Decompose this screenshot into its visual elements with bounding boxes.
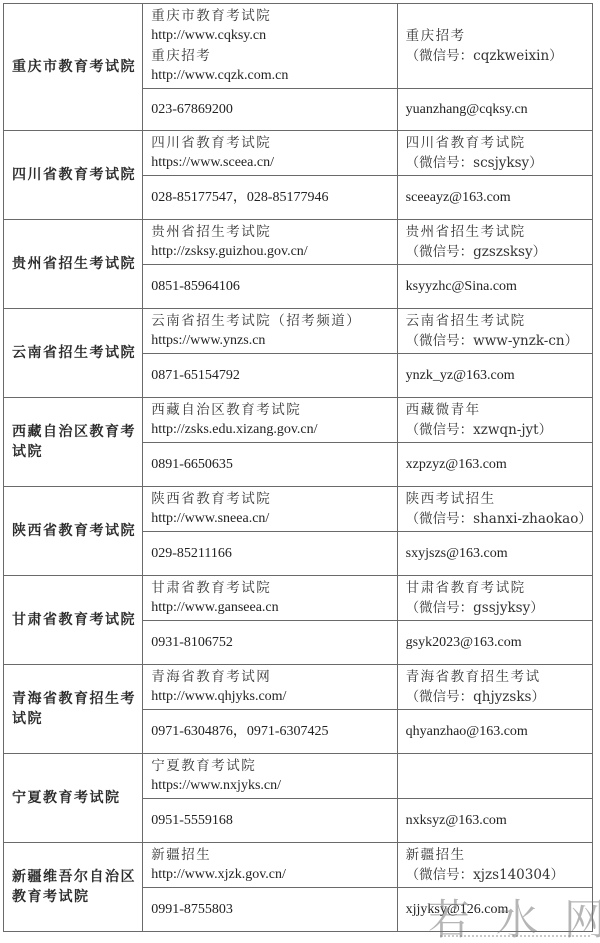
website-cell: 宁夏教育考试院https://www.nxjyks.cn/ (143, 754, 397, 799)
email-address[interactable]: xzpzyz@163.com (397, 443, 592, 487)
wechat-account-name: 甘肃省教育考试院 (406, 578, 592, 598)
institute-row-top: 四川省教育考试院四川省教育考试院https://www.sceea.cn/四川省… (4, 131, 593, 176)
website-name: 贵州省招生考试院 (151, 222, 396, 242)
institute-name: 云南省招生考试院 (4, 309, 143, 398)
email-address[interactable]: ynzk_yz@163.com (397, 354, 592, 398)
institute-name: 贵州省招生考试院 (4, 220, 143, 309)
institute-row-top: 宁夏教育考试院宁夏教育考试院https://www.nxjyks.cn/ (4, 754, 593, 799)
phone-number: 0951-5559168 (143, 799, 397, 843)
wechat-id: （微信号：cqzkweixin） (406, 46, 592, 66)
institute-name: 甘肃省教育考试院 (4, 576, 143, 665)
website-cell: 陕西省教育考试院http://www.sneea.cn/ (143, 487, 397, 532)
phone-number: 0851-85964106 (143, 265, 397, 309)
institute-name: 宁夏教育考试院 (4, 754, 143, 843)
wechat-cell: 四川省教育考试院（微信号：scsjyksy） (397, 131, 592, 176)
website-name: 重庆招考 (151, 46, 396, 66)
wechat-cell: 云南省招生考试院（微信号：www-ynzk-cn） (397, 309, 592, 354)
wechat-account-name: 重庆招考 (406, 26, 592, 46)
website-link[interactable]: http://zsksy.guizhou.gov.cn/ (151, 242, 396, 262)
institute-row-top: 青海省教育招生考试院青海省教育考试网http://www.qhjyks.com/… (4, 665, 593, 710)
phone-number: 028-85177547，028-85177946 (143, 176, 397, 220)
wechat-account-name: 青海省教育招生考试 (406, 667, 592, 687)
phone-number: 0971-6304876，0971-6307425 (143, 710, 397, 754)
wechat-account-name: 陕西考试招生 (406, 489, 592, 509)
institute-row-top: 重庆市教育考试院重庆市教育考试院http://www.cqksy.cn重庆招考h… (4, 4, 593, 89)
wechat-id: （微信号：qhjyzsks） (406, 687, 592, 707)
wechat-cell: 贵州省招生考试院（微信号：gzszsksy） (397, 220, 592, 265)
website-name: 青海省教育考试网 (151, 667, 396, 687)
website-cell: 甘肃省教育考试院http://www.ganseea.cn (143, 576, 397, 621)
email-address[interactable]: nxksyz@163.com (397, 799, 592, 843)
website-cell: 西藏自治区教育考试院http://zsks.edu.xizang.gov.cn/ (143, 398, 397, 443)
email-address[interactable]: sceeayz@163.com (397, 176, 592, 220)
wechat-cell: 重庆招考（微信号：cqzkweixin） (397, 4, 592, 89)
website-link[interactable]: http://zsks.edu.xizang.gov.cn/ (151, 420, 396, 440)
wechat-account-name: 四川省教育考试院 (406, 133, 592, 153)
wechat-id: （微信号：gzszsksy） (406, 242, 592, 262)
website-cell: 贵州省招生考试院http://zsksy.guizhou.gov.cn/ (143, 220, 397, 265)
wechat-account-name: 云南省招生考试院 (406, 311, 592, 331)
website-name: 四川省教育考试院 (151, 133, 396, 153)
wechat-cell: 青海省教育招生考试（微信号：qhjyzsks） (397, 665, 592, 710)
website-link[interactable]: https://www.sceea.cn/ (151, 153, 396, 173)
institute-name: 新疆维吾尔自治区教育考试院 (4, 843, 143, 932)
exam-institute-contact-table: 重庆市教育考试院重庆市教育考试院http://www.cqksy.cn重庆招考h… (3, 3, 593, 932)
institute-row-top: 新疆维吾尔自治区教育考试院新疆招生http://www.xjzk.gov.cn/… (4, 843, 593, 888)
wechat-id: （微信号：scsjyksy） (406, 153, 592, 173)
wechat-id: （微信号：www-ynzk-cn） (406, 331, 592, 351)
phone-number: 0991-8755803 (143, 888, 397, 932)
institute-row-top: 云南省招生考试院云南省招生考试院（招考频道）https://www.ynzs.c… (4, 309, 593, 354)
wechat-cell: 甘肃省教育考试院（微信号：gssjyksy） (397, 576, 592, 621)
website-cell: 四川省教育考试院https://www.sceea.cn/ (143, 131, 397, 176)
wechat-cell: 西藏微青年（微信号：xzwqn-jyt） (397, 398, 592, 443)
wechat-id: （微信号：gssjyksy） (406, 598, 592, 618)
website-name: 甘肃省教育考试院 (151, 578, 396, 598)
phone-number: 0931-8106752 (143, 621, 397, 665)
website-name: 重庆市教育考试院 (151, 6, 396, 26)
wechat-cell: 新疆招生（微信号：xjzs140304） (397, 843, 592, 888)
email-address[interactable]: ksyyzhc@Sina.com (397, 265, 592, 309)
institute-row-top: 甘肃省教育考试院甘肃省教育考试院http://www.ganseea.cn甘肃省… (4, 576, 593, 621)
website-name: 陕西省教育考试院 (151, 489, 396, 509)
website-cell: 新疆招生http://www.xjzk.gov.cn/ (143, 843, 397, 888)
wechat-id: （微信号：xjzs140304） (406, 865, 592, 885)
website-link[interactable]: http://www.ganseea.cn (151, 598, 396, 618)
wechat-account-name: 贵州省招生考试院 (406, 222, 592, 242)
phone-number: 023-67869200 (143, 89, 397, 131)
email-address[interactable]: xjjyksy@126.com (397, 888, 592, 932)
website-link[interactable]: http://www.xjzk.gov.cn/ (151, 865, 396, 885)
institute-name: 四川省教育考试院 (4, 131, 143, 220)
wechat-cell (397, 754, 592, 799)
institute-row-top: 西藏自治区教育考试院西藏自治区教育考试院http://zsks.edu.xiza… (4, 398, 593, 443)
website-name: 宁夏教育考试院 (151, 756, 396, 776)
email-address[interactable]: qhyanzhao@163.com (397, 710, 592, 754)
institute-name: 陕西省教育考试院 (4, 487, 143, 576)
website-name: 新疆招生 (151, 845, 396, 865)
institute-row-top: 陕西省教育考试院陕西省教育考试院http://www.sneea.cn/陕西考试… (4, 487, 593, 532)
phone-number: 029-85211166 (143, 532, 397, 576)
website-link[interactable]: http://www.cqzk.com.cn (151, 66, 396, 86)
wechat-id: （微信号：shanxi-zhaokao） (406, 509, 592, 529)
phone-number: 0871-65154792 (143, 354, 397, 398)
website-link[interactable]: https://www.ynzs.cn (151, 331, 396, 351)
website-cell: 重庆市教育考试院http://www.cqksy.cn重庆招考http://ww… (143, 4, 397, 89)
wechat-cell: 陕西考试招生（微信号：shanxi-zhaokao） (397, 487, 592, 532)
email-address[interactable]: gsyk2023@163.com (397, 621, 592, 665)
website-link[interactable]: http://www.sneea.cn/ (151, 509, 396, 529)
email-address[interactable]: sxyjszs@163.com (397, 532, 592, 576)
website-name: 云南省招生考试院（招考频道） (151, 311, 396, 331)
phone-number: 0891-6650635 (143, 443, 397, 487)
watermark-underline (440, 935, 590, 941)
wechat-account-name: 新疆招生 (406, 845, 592, 865)
wechat-id: （微信号：xzwqn-jyt） (406, 420, 592, 440)
website-cell: 青海省教育考试网http://www.qhjyks.com/ (143, 665, 397, 710)
institute-name: 青海省教育招生考试院 (4, 665, 143, 754)
institute-name: 重庆市教育考试院 (4, 4, 143, 131)
website-link[interactable]: https://www.nxjyks.cn/ (151, 776, 396, 796)
institute-row-top: 贵州省招生考试院贵州省招生考试院http://zsksy.guizhou.gov… (4, 220, 593, 265)
website-link[interactable]: http://www.cqksy.cn (151, 26, 396, 46)
website-link[interactable]: http://www.qhjyks.com/ (151, 687, 396, 707)
wechat-account-name: 西藏微青年 (406, 400, 592, 420)
website-cell: 云南省招生考试院（招考频道）https://www.ynzs.cn (143, 309, 397, 354)
institute-name: 西藏自治区教育考试院 (4, 398, 143, 487)
email-address[interactable]: yuanzhang@cqksy.cn (397, 89, 592, 131)
website-name: 西藏自治区教育考试院 (151, 400, 396, 420)
